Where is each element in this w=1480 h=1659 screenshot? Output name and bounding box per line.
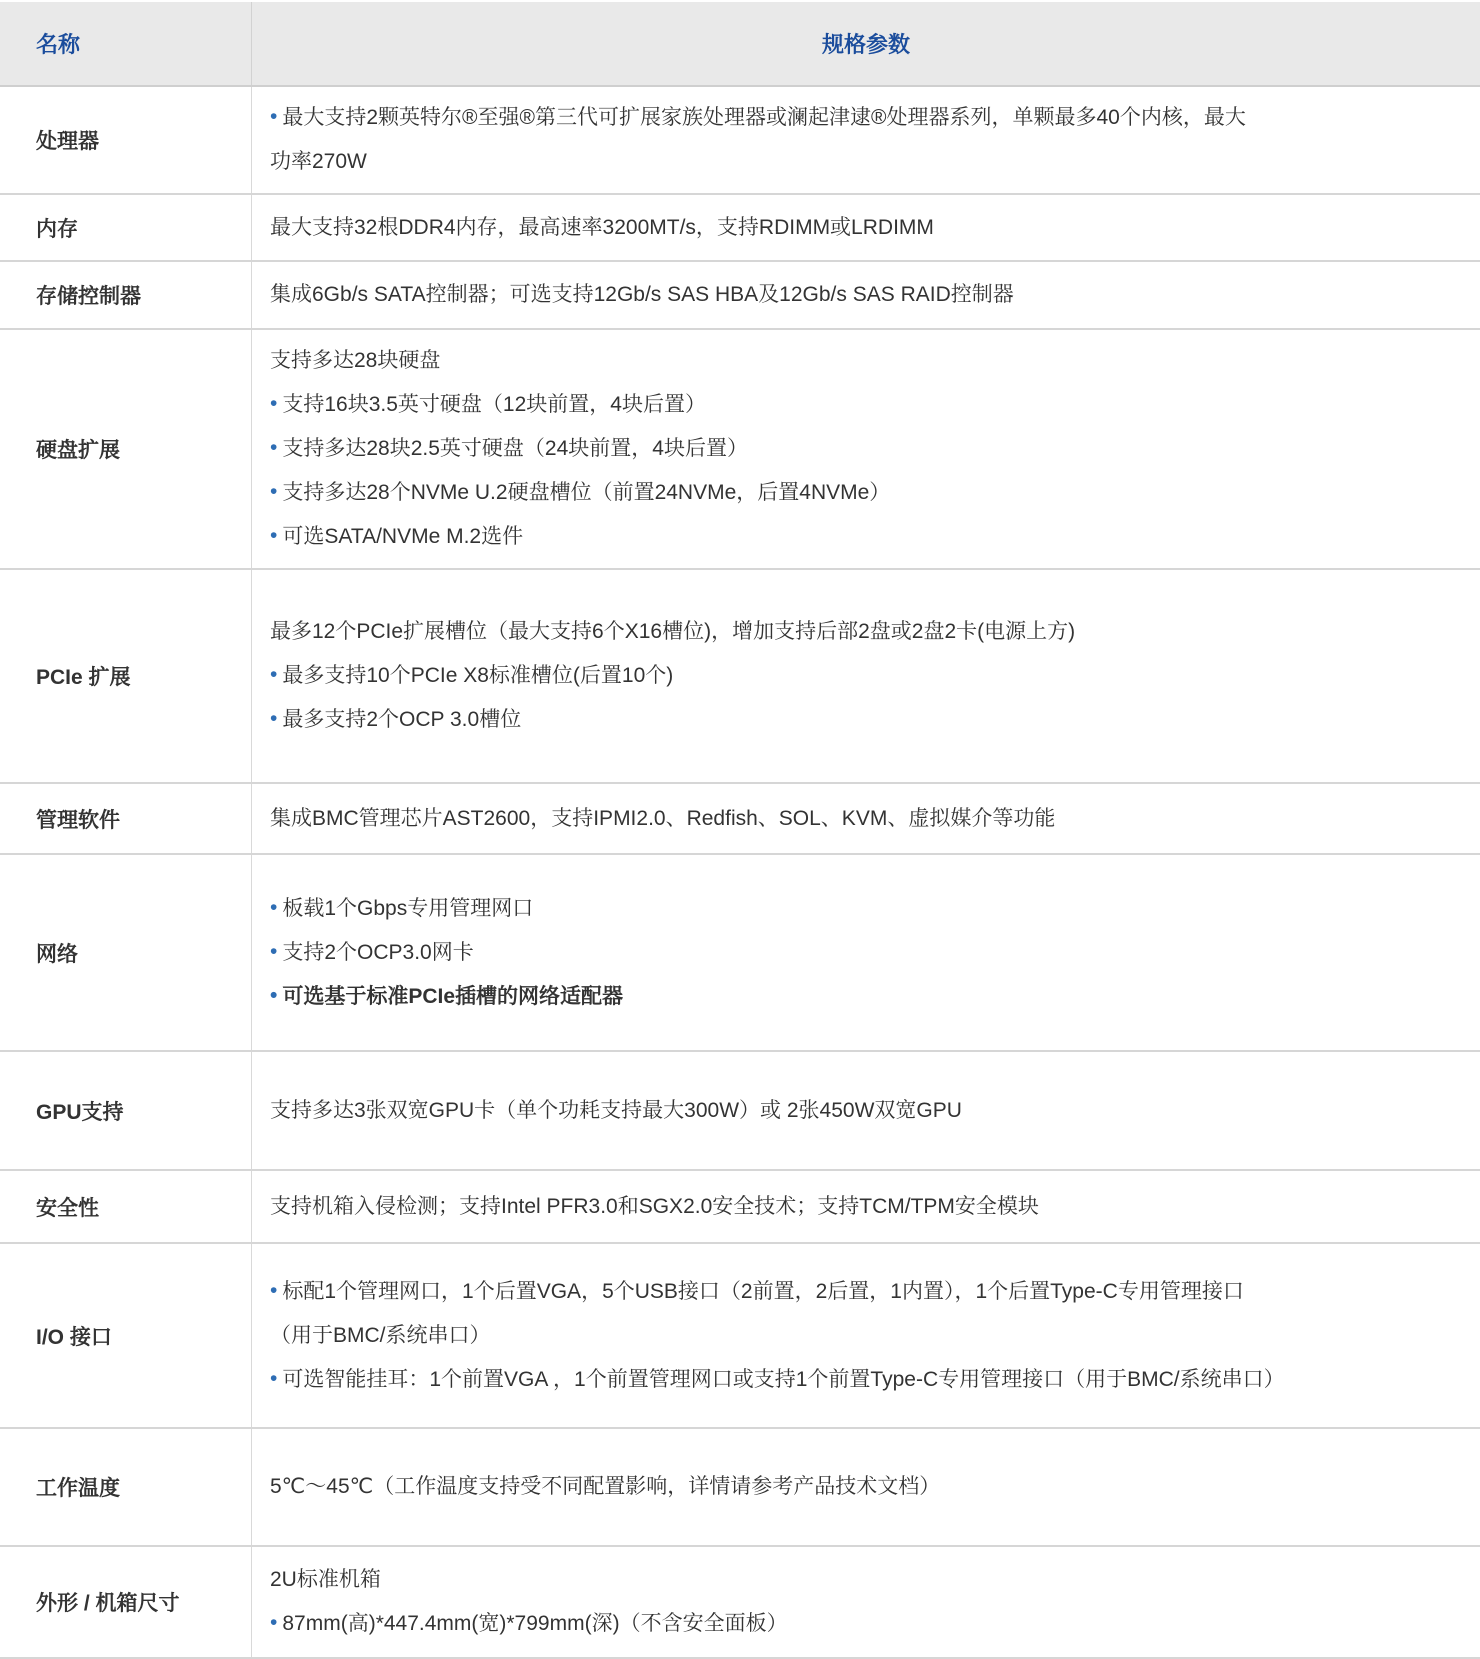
table-row: 硬盘扩展 支持多达28块硬盘•支持16块3.5英寸硬盘（12块前置，4块后置）•… <box>0 330 1480 570</box>
row-label: 外形 / 机箱尺寸 <box>0 1547 252 1657</box>
spec-line: •最大支持2颗英特尔®至强®第三代可扩展家族处理器或澜起津逮®处理器系列，单颗最… <box>270 96 1435 140</box>
row-spec: 集成6Gb/s SATA控制器；可选支持12Gb/s SAS HBA及12Gb/… <box>252 262 1480 328</box>
bullet-icon: • <box>270 653 277 697</box>
row-label: GPU支持 <box>0 1052 252 1169</box>
header-name-column: 名称 <box>0 2 252 85</box>
spec-line: 功率270W <box>270 140 1435 184</box>
bullet-icon: • <box>270 514 277 558</box>
row-label: 硬盘扩展 <box>0 330 252 568</box>
row-label: 安全性 <box>0 1171 252 1242</box>
spec-line: 2U标准机箱 <box>270 1558 1435 1602</box>
spec-line: •板载1个Gbps专用管理网口 <box>270 887 1435 931</box>
table-row: 处理器 •最大支持2颗英特尔®至强®第三代可扩展家族处理器或澜起津逮®处理器系列… <box>0 87 1480 195</box>
row-label: 工作温度 <box>0 1429 252 1545</box>
spec-line: •支持2个OCP3.0网卡 <box>270 931 1435 975</box>
table-row: I/O 接口 •标配1个管理网口，1个后置VGA，5个USB接口（2前置，2后置… <box>0 1244 1480 1429</box>
row-spec: 集成BMC管理芯片AST2600，支持IPMI2.0、Redfish、SOL、K… <box>252 784 1480 853</box>
table-row: 外形 / 机箱尺寸 2U标准机箱•87mm(高)*447.4mm(宽)*799m… <box>0 1547 1480 1659</box>
row-label: 处理器 <box>0 87 252 193</box>
bullet-icon: • <box>270 697 277 741</box>
row-label: PCIe 扩展 <box>0 570 252 782</box>
spec-line: •支持多达28块2.5英寸硬盘（24块前置，4块后置） <box>270 427 1435 471</box>
row-label: 网络 <box>0 855 252 1050</box>
table-row: 管理软件 集成BMC管理芯片AST2600，支持IPMI2.0、Redfish、… <box>0 784 1480 855</box>
row-label: 内存 <box>0 195 252 260</box>
bullet-icon: • <box>270 1357 277 1401</box>
spec-line: •87mm(高)*447.4mm(宽)*799mm(深)（不含安全面板） <box>270 1602 1435 1646</box>
table-row: 内存 最大支持32根DDR4内存，最高速率3200MT/s，支持RDIMM或LR… <box>0 195 1480 262</box>
bullet-icon: • <box>270 886 277 930</box>
row-spec: 5℃～45℃（工作温度支持受不同配置影响，详情请参考产品技术文档） <box>252 1429 1480 1545</box>
spec-line: 最多12个PCIe扩展槽位（最大支持6个X16槽位)，增加支持后部2盘或2盘2卡… <box>270 610 1435 654</box>
table-row: GPU支持 支持多达3张双宽GPU卡（单个功耗支持最大300W）或 2张450W… <box>0 1052 1480 1171</box>
spec-line: •支持16块3.5英寸硬盘（12块前置，4块后置） <box>270 383 1435 427</box>
spec-line: 支持机箱入侵检测；支持Intel PFR3.0和SGX2.0安全技术；支持TCM… <box>270 1185 1435 1229</box>
spec-line: •可选基于标准PCIe插槽的网络适配器 <box>270 975 1435 1019</box>
row-spec: 2U标准机箱•87mm(高)*447.4mm(宽)*799mm(深)（不含安全面… <box>252 1547 1480 1657</box>
row-label: 管理软件 <box>0 784 252 853</box>
spec-line: •最多支持10个PCIe X8标准槽位(后置10个) <box>270 654 1435 698</box>
bullet-icon: • <box>270 1269 277 1313</box>
bullet-icon: • <box>270 974 277 1018</box>
table-header-row: 名称 规格参数 <box>0 2 1480 87</box>
spec-line: （用于BMC/系统串口） <box>270 1314 1435 1358</box>
spec-line: 最大支持32根DDR4内存，最高速率3200MT/s，支持RDIMM或LRDIM… <box>270 206 1435 250</box>
row-spec: •标配1个管理网口，1个后置VGA，5个USB接口（2前置，2后置，1内置），1… <box>252 1244 1480 1427</box>
bullet-icon: • <box>270 1601 277 1645</box>
table-row: 工作温度 5℃～45℃（工作温度支持受不同配置影响，详情请参考产品技术文档） <box>0 1429 1480 1547</box>
spec-line: •支持多达28个NVMe U.2硬盘槽位（前置24NVMe，后置4NVMe） <box>270 471 1435 515</box>
table-row: PCIe 扩展 最多12个PCIe扩展槽位（最大支持6个X16槽位)，增加支持后… <box>0 570 1480 784</box>
spec-line: 集成6Gb/s SATA控制器；可选支持12Gb/s SAS HBA及12Gb/… <box>270 273 1435 317</box>
row-spec: 支持多达28块硬盘•支持16块3.5英寸硬盘（12块前置，4块后置）•支持多达2… <box>252 330 1480 568</box>
row-spec: 支持机箱入侵检测；支持Intel PFR3.0和SGX2.0安全技术；支持TCM… <box>252 1171 1480 1242</box>
spec-line: •标配1个管理网口，1个后置VGA，5个USB接口（2前置，2后置，1内置），1… <box>270 1270 1435 1314</box>
header-spec-column: 规格参数 <box>252 2 1480 85</box>
spec-line: 5℃～45℃（工作温度支持受不同配置影响，详情请参考产品技术文档） <box>270 1465 1435 1509</box>
spec-line: •可选SATA/NVMe M.2选件 <box>270 515 1435 559</box>
row-spec: •最大支持2颗英特尔®至强®第三代可扩展家族处理器或澜起津逮®处理器系列，单颗最… <box>252 87 1480 193</box>
spec-line: •最多支持2个OCP 3.0槽位 <box>270 698 1435 742</box>
row-label: I/O 接口 <box>0 1244 252 1427</box>
spec-line: 集成BMC管理芯片AST2600，支持IPMI2.0、Redfish、SOL、K… <box>270 797 1435 841</box>
bullet-icon: • <box>270 426 277 470</box>
spec-line: •可选智能挂耳：1个前置VGA ，1个前置管理网口或支持1个前置Type-C专用… <box>270 1358 1435 1402</box>
row-spec: •板载1个Gbps专用管理网口•支持2个OCP3.0网卡•可选基于标准PCIe插… <box>252 855 1480 1050</box>
spec-line: 支持多达28块硬盘 <box>270 339 1435 383</box>
table-row: 网络 •板载1个Gbps专用管理网口•支持2个OCP3.0网卡•可选基于标准PC… <box>0 855 1480 1052</box>
spec-table: 名称 规格参数 处理器 •最大支持2颗英特尔®至强®第三代可扩展家族处理器或澜起… <box>0 2 1480 1659</box>
spec-line: 支持多达3张双宽GPU卡（单个功耗支持最大300W）或 2张450W双宽GPU <box>270 1089 1435 1133</box>
bullet-icon: • <box>270 470 277 514</box>
row-spec: 支持多达3张双宽GPU卡（单个功耗支持最大300W）或 2张450W双宽GPU <box>252 1052 1480 1169</box>
table-body: 处理器 •最大支持2颗英特尔®至强®第三代可扩展家族处理器或澜起津逮®处理器系列… <box>0 87 1480 1659</box>
row-spec: 最大支持32根DDR4内存，最高速率3200MT/s，支持RDIMM或LRDIM… <box>252 195 1480 260</box>
table-row: 存储控制器 集成6Gb/s SATA控制器；可选支持12Gb/s SAS HBA… <box>0 262 1480 330</box>
row-spec: 最多12个PCIe扩展槽位（最大支持6个X16槽位)，增加支持后部2盘或2盘2卡… <box>252 570 1480 782</box>
bullet-icon: • <box>270 930 277 974</box>
table-row: 安全性 支持机箱入侵检测；支持Intel PFR3.0和SGX2.0安全技术；支… <box>0 1171 1480 1244</box>
bullet-icon: • <box>270 95 277 139</box>
row-label: 存储控制器 <box>0 262 252 328</box>
bullet-icon: • <box>270 382 277 426</box>
